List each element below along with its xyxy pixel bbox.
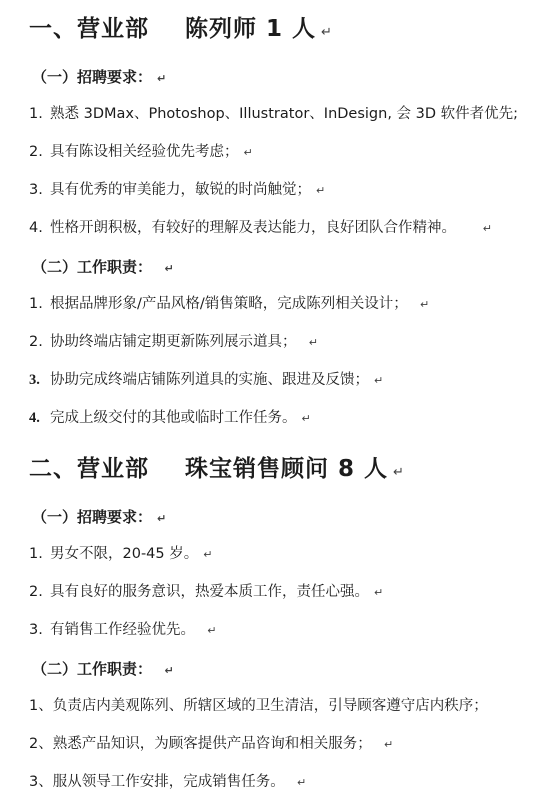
item-number: 1、 (29, 697, 53, 716)
item-number: 1. (29, 105, 50, 124)
block-title: （二）工作职责： (32, 258, 160, 276)
list-item: 1、负责店内美观陈列、所辖区域的卫生清洁，引导顾客遵守店内秩序； (29, 697, 554, 716)
item-number: 3、 (29, 773, 53, 792)
list-item: 1.根据品牌形象/产品风格/销售策略，完成陈列相关设计； ↵ (29, 295, 554, 314)
item-text: 具有陈设相关经验优先考虑； (50, 144, 239, 160)
item-text: 负责店内美观陈列、所辖区域的卫生清洁，引导顾客遵守店内秩序； (53, 698, 488, 714)
paragraph-mark-icon: ↵ (483, 222, 492, 235)
paragraph-mark-icon: ↵ (374, 374, 383, 387)
list-item: 1.男女不限，20-45 岁。↵ (29, 545, 554, 564)
item-text: 根据品牌形象/产品风格/销售策略，完成陈列相关设计； (50, 296, 415, 312)
paragraph-mark-icon: ↵ (207, 624, 216, 637)
paragraph-mark-icon: ↵ (316, 184, 325, 197)
paragraph-mark-icon: ↵ (165, 262, 174, 275)
heading-role: 陈列师 1 人 (185, 16, 316, 42)
section-2-requirements-title: （一）招聘要求：↵ (32, 507, 554, 529)
list-item: 2.协助终端店铺定期更新陈列展示道具； ↵ (29, 333, 554, 352)
paragraph-mark-icon: ↵ (165, 664, 174, 677)
list-item: 4.性格开朗积极，有较好的理解及表达能力，良好团队合作精神。 ↵ (29, 219, 554, 238)
heading-role: 珠宝销售顾问 8 人 (185, 456, 388, 482)
paragraph-mark-icon: ↵ (420, 298, 429, 311)
section-1-duties-title: （二）工作职责： ↵ (32, 257, 554, 279)
item-text: 有销售工作经验优先。 (50, 622, 202, 638)
paragraph-mark-icon: ↵ (244, 146, 253, 159)
item-text: 完成上级交付的其他或临时工作任务。 (50, 410, 297, 426)
item-text: 具有优秀的审美能力，敏锐的时尚触觉； (50, 182, 311, 198)
list-item: 3.协助完成终端店铺陈列道具的实施、跟进及反馈；↵ (29, 371, 554, 390)
item-text: 协助终端店铺定期更新陈列展示道具； (50, 334, 304, 350)
paragraph-mark-icon: ↵ (302, 412, 311, 425)
list-item: 3.具有优秀的审美能力，敏锐的时尚触觉；↵ (29, 181, 554, 200)
paragraph-mark-icon: ↵ (157, 72, 166, 85)
heading-dept: 二、营业部 (29, 456, 149, 482)
paragraph-mark-icon: ↵ (374, 586, 383, 599)
paragraph-mark-icon: ↵ (393, 465, 405, 480)
item-number: 4. (29, 409, 50, 428)
paragraph-mark-icon: ↵ (309, 336, 318, 349)
paragraph-mark-icon: ↵ (297, 776, 306, 789)
paragraph-mark-icon: ↵ (203, 548, 212, 561)
list-item: 3、服从领导工作安排，完成销售任务。 ↵ (29, 773, 554, 792)
document-page: 一、营业部陈列师 1 人↵ （一）招聘要求：↵ 1.熟悉 3DMax、Photo… (0, 0, 558, 795)
item-number: 2. (29, 333, 50, 352)
paragraph-mark-icon: ↵ (157, 512, 166, 525)
section-1-heading: 一、营业部陈列师 1 人↵ (29, 14, 554, 48)
item-number: 1. (29, 295, 50, 314)
item-number: 3. (29, 621, 50, 640)
item-number: 3. (29, 181, 50, 200)
item-number: 2. (29, 143, 50, 162)
item-number: 1. (29, 545, 50, 564)
list-item: 2、熟悉产品知识，为顾客提供产品咨询和相关服务； ↵ (29, 735, 554, 754)
list-item: 4.完成上级交付的其他或临时工作任务。↵ (29, 409, 554, 428)
paragraph-mark-icon: ↵ (321, 25, 333, 40)
item-text: 服从领导工作安排，完成销售任务。 (53, 774, 292, 790)
list-item: 1.熟悉 3DMax、Photoshop、Illustrator、InDesig… (29, 105, 554, 124)
item-text: 协助完成终端店铺陈列道具的实施、跟进及反馈； (50, 372, 369, 388)
section-2-heading: 二、营业部珠宝销售顾问 8 人↵ (29, 454, 554, 488)
section-1-requirements-title: （一）招聘要求：↵ (32, 67, 554, 89)
item-text: 男女不限，20-45 岁。 (50, 546, 198, 562)
item-text: 熟悉产品知识，为顾客提供产品咨询和相关服务； (53, 736, 379, 752)
list-item: 2.具有陈设相关经验优先考虑；↵ (29, 143, 554, 162)
list-item: 3.有销售工作经验优先。 ↵ (29, 621, 554, 640)
list-item: 2.具有良好的服务意识，热爱本质工作，责任心强。↵ (29, 583, 554, 602)
block-title: （一）招聘要求： (32, 68, 152, 86)
block-title: （一）招聘要求： (32, 508, 152, 526)
item-text: 熟悉 3DMax、Photoshop、Illustrator、InDesign,… (50, 106, 518, 122)
item-number: 4. (29, 219, 50, 238)
item-number: 2、 (29, 735, 53, 754)
item-text: 具有良好的服务意识，热爱本质工作，责任心强。 (50, 584, 369, 600)
section-2-duties-title: （二）工作职责： ↵ (32, 659, 554, 681)
item-number: 3. (29, 371, 50, 390)
item-number: 2. (29, 583, 50, 602)
paragraph-mark-icon: ↵ (384, 738, 393, 751)
item-text: 性格开朗积极，有较好的理解及表达能力，良好团队合作精神。 (50, 220, 478, 236)
block-title: （二）工作职责： (32, 660, 160, 678)
heading-dept: 一、营业部 (29, 16, 149, 42)
